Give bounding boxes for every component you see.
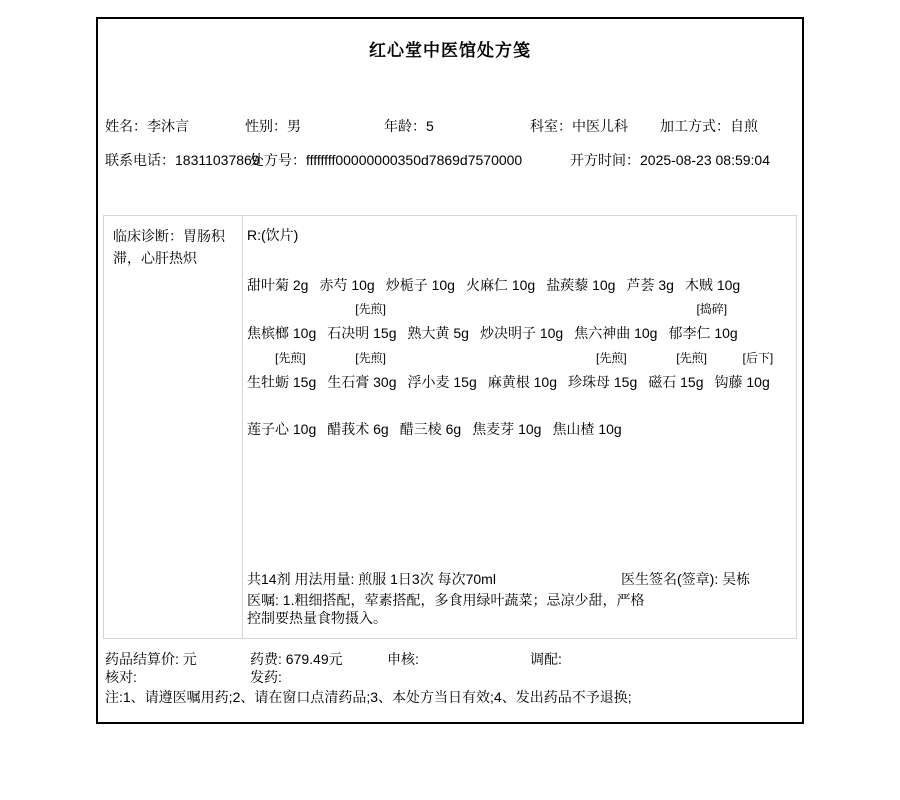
medicine-line: 焦槟榔 10g[先煎]石决明 15g熟大黄 5g炒决明子 10g焦六神曲 10g… <box>247 325 794 342</box>
medicine-decoction-note: [后下] <box>743 352 774 364</box>
medicine-item: 木贼 10g <box>685 277 740 294</box>
patient-gender-label: 性别： <box>245 118 287 134</box>
medicine-item: 炒决明子 10g <box>480 325 563 342</box>
medicine-item: 盐蒺藜 10g <box>546 277 615 294</box>
medicine-item: 莲子心 10g <box>247 421 316 438</box>
settle-price-label: 药品结算价: <box>105 651 183 667</box>
medicine-item: [先煎]生石膏 30g <box>327 374 396 391</box>
medicine-item: [先煎]珍珠母 15g <box>568 374 637 391</box>
department-label: 科室： <box>530 118 572 134</box>
rx-time-label: 开方时间： <box>570 152 640 168</box>
check-field: 核对: <box>105 669 137 686</box>
review-label: 申核: <box>387 651 419 667</box>
medicine-item: [先煎]磁石 15g <box>648 374 703 391</box>
prescription-sheet: 红心堂中医馆处方笺 姓名：李沐言 性别：男 年龄：5 科室：中医儿科 加工方式：… <box>96 17 804 724</box>
rx-number-value: ffffffff00000000350d7869d7570000 <box>306 152 522 168</box>
check-label: 核对: <box>105 669 137 685</box>
medicine-item: 焦槟榔 10g <box>247 325 316 342</box>
medicine-item: [捣碎]郁李仁 10g <box>668 325 737 342</box>
rx-cell: R:(饮片) 甜叶菊 2g赤芍 10g炒栀子 10g火麻仁 10g盐蒺藜 10g… <box>243 216 796 638</box>
phone-field: 联系电话：18311037869 <box>105 151 260 169</box>
patient-gender-field: 性别：男 <box>245 117 301 135</box>
medicine-item: [后下]钩藤 10g <box>715 374 770 391</box>
medical-advice-line-2: 控制要热量食物摄入。 <box>247 609 644 627</box>
patient-gender-value: 男 <box>287 118 301 134</box>
medicine-item: 焦山楂 10g <box>552 421 621 438</box>
medicine-decoction-note: [先煎] <box>676 352 707 364</box>
patient-name-label: 姓名： <box>105 118 147 134</box>
medicine-item: 赤芍 10g <box>319 277 374 294</box>
dispense-mix-label: 调配: <box>530 651 562 667</box>
phone-label: 联系电话： <box>105 152 175 168</box>
processing-method-label: 加工方式： <box>660 118 730 134</box>
medicine-item: 熟大黄 5g <box>408 325 469 342</box>
medicine-item: 火麻仁 10g <box>466 277 535 294</box>
medicine-item: 浮小麦 15g <box>408 374 477 391</box>
dispense-give-field: 发药: <box>250 669 282 686</box>
patient-age-label: 年龄： <box>384 118 426 134</box>
prescription-body-box: 临床诊断：胃肠积滞，心肝热炽 R:(饮片) 甜叶菊 2g赤芍 10g炒栀子 10… <box>103 215 797 639</box>
medicine-line: 甜叶菊 2g赤芍 10g炒栀子 10g火麻仁 10g盐蒺藜 10g芦荟 3g木贼… <box>247 277 794 294</box>
medicine-item: 甜叶菊 2g <box>247 277 308 294</box>
medicine-fee-label: 药费: <box>250 651 286 667</box>
medicine-decoction-note: [捣碎] <box>696 303 727 315</box>
medicine-line: [先煎]生牡蛎 15g[先煎]生石膏 30g浮小麦 15g麻黄根 10g[先煎]… <box>247 374 794 391</box>
page-background: { "title": "红心堂中医馆处方笺", "patient": { "na… <box>0 0 900 800</box>
doctor-signature-value: 吴栋 <box>722 571 750 587</box>
patient-name-value: 李沐言 <box>147 118 189 134</box>
medical-advice-line-1: 医嘱: 1.粗细搭配，荤素搭配，多食用绿叶蔬菜；忌凉少甜，严格 <box>247 591 644 609</box>
medicine-decoction-note: [先煎] <box>596 352 627 364</box>
medicine-fee-value: 679.49元 <box>286 651 343 667</box>
footer-notes: 注:1、请遵医嘱用药;2、请在窗口点清药品;3、本处方当日有效;4、发出药品不予… <box>105 689 798 706</box>
medicine-decoction-note: [先煎] <box>275 352 306 364</box>
footer-row-2: 核对: 发药: <box>98 669 802 686</box>
medical-advice: 医嘱: 1.粗细搭配，荤素搭配，多食用绿叶蔬菜；忌凉少甜，严格 控制要热量食物摄… <box>247 591 644 627</box>
patient-info-row-1: 姓名：李沐言 性别：男 年龄：5 科室：中医儿科 加工方式：自煎 <box>98 117 802 135</box>
rx-time-field: 开方时间：2025-08-23 08:59:04 <box>570 151 770 169</box>
dispense-mix-field: 调配: <box>530 651 562 668</box>
department-field: 科室：中医儿科 <box>530 117 628 135</box>
dispense-give-label: 发药: <box>250 669 282 685</box>
medicine-item: 醋三棱 6g <box>400 421 461 438</box>
processing-method-value: 自煎 <box>730 118 758 134</box>
settle-price-value: 元 <box>183 651 197 667</box>
medicine-fee-field: 药费: 679.49元 <box>250 651 343 668</box>
doctor-signature-field: 医生签名(签章): 吴栋 <box>621 571 750 588</box>
medicine-item: 芦荟 3g <box>626 277 673 294</box>
medicine-item: 炒栀子 10g <box>386 277 455 294</box>
medicine-line: 莲子心 10g醋莪术 6g醋三棱 6g焦麦芽 10g焦山楂 10g <box>247 421 794 438</box>
medicine-item: [先煎]石决明 15g <box>327 325 396 342</box>
medicine-item: [先煎]生牡蛎 15g <box>247 374 316 391</box>
rx-number-label: 处方号： <box>250 152 306 168</box>
rx-time-value: 2025-08-23 08:59:04 <box>640 152 770 168</box>
patient-name-field: 姓名：李沐言 <box>105 117 189 135</box>
medicine-decoction-note: [先煎] <box>355 303 386 315</box>
processing-method-field: 加工方式：自煎 <box>660 117 758 135</box>
medicine-item: 焦麦芽 10g <box>472 421 541 438</box>
department-value: 中医儿科 <box>572 118 628 134</box>
medicine-item: 焦六神曲 10g <box>574 325 657 342</box>
medicine-decoction-note: [先煎] <box>355 352 386 364</box>
medicine-item: 醋莪术 6g <box>327 421 388 438</box>
settle-price-field: 药品结算价: 元 <box>105 651 197 668</box>
patient-info-row-2: 联系电话：18311037869 处方号：ffffffff00000000350… <box>98 151 802 169</box>
patient-age-value: 5 <box>426 118 434 134</box>
medicine-item: 麻黄根 10g <box>488 374 557 391</box>
review-field: 申核: <box>387 651 419 668</box>
clinical-diagnosis: 临床诊断：胃肠积滞，心肝热炽 <box>104 216 243 638</box>
phone-value: 18311037869 <box>175 152 260 168</box>
doctor-signature-label: 医生签名(签章): <box>621 571 722 587</box>
footer-row-1: 药品结算价: 元 药费: 679.49元 申核: 调配: <box>98 651 802 668</box>
patient-age-field: 年龄：5 <box>384 117 434 135</box>
page-title: 红心堂中医馆处方笺 <box>98 36 802 61</box>
dosage-text: 共14剂 用法用量: 煎服 1日3次 每次70ml <box>247 571 496 587</box>
dosage-row: 共14剂 用法用量: 煎服 1日3次 每次70ml 医生签名(签章): 吴栋 <box>247 571 794 588</box>
rx-number-field: 处方号：ffffffff00000000350d7869d7570000 <box>250 151 522 169</box>
